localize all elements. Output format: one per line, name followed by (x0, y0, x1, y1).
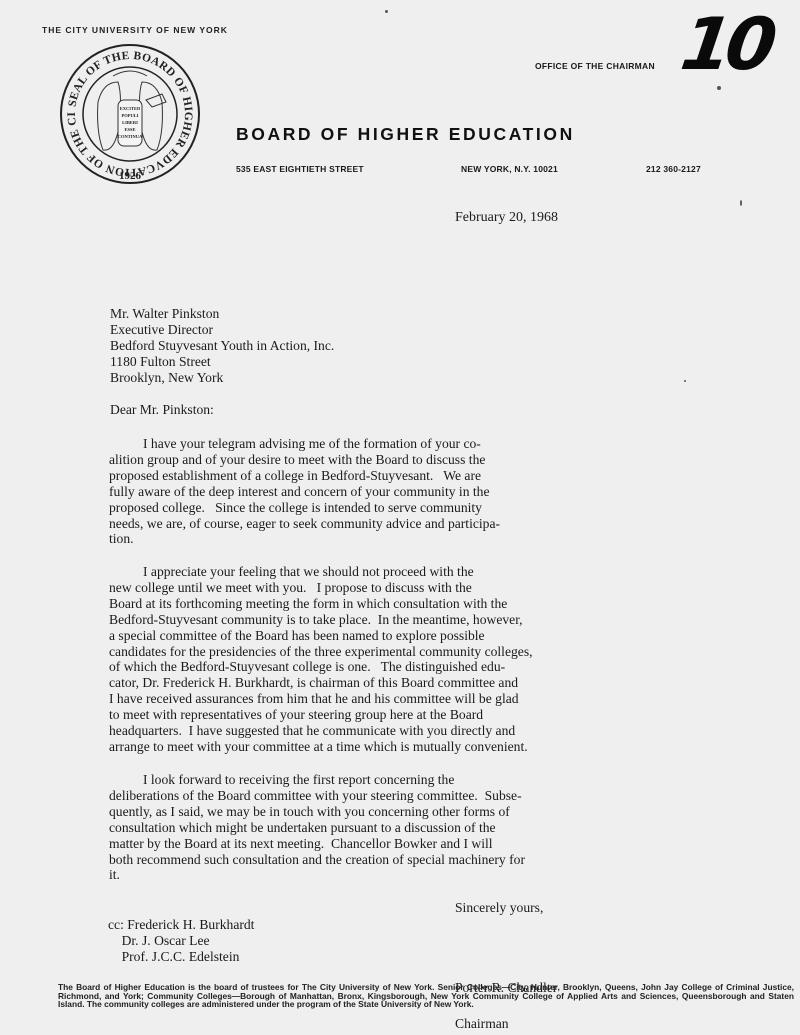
recipient-line: Bedford Stuyvesant Youth in Action, Inc. (110, 338, 334, 354)
seal-year: 1926 (119, 170, 142, 182)
svg-text:EXCITED: EXCITED (120, 106, 141, 111)
organization-name: BOARD OF HIGHER EDUCATION (236, 124, 575, 145)
office-label: OFFICE OF THE CHAIRMAN (535, 61, 655, 71)
street-address: 535 EAST EIGHTIETH STREET (236, 164, 364, 174)
svg-text:CONTINUA: CONTINUA (118, 134, 143, 139)
footer-note: The Board of Higher Education is the boa… (58, 983, 794, 1009)
paragraph-2: I appreciate your feeling that we should… (109, 564, 533, 755)
university-name: THE CITY UNIVERSITY OF NEW YORK (42, 25, 228, 35)
closing: Sincerely yours, (455, 900, 543, 916)
city-address: NEW YORK, N.Y. 10021 (461, 164, 558, 174)
recipient-line: Executive Director (110, 322, 334, 338)
svg-text:ESSE: ESSE (124, 127, 135, 132)
salutation: Dear Mr. Pinkston: (110, 402, 214, 418)
scan-speck (740, 200, 742, 206)
paragraph-3: I look forward to receiving the first re… (109, 772, 525, 883)
recipient-line: Mr. Walter Pinkston (110, 306, 334, 322)
recipient-line: Brooklyn, New York (110, 370, 334, 386)
board-seal-icon: SEAL OF THE BOARD OF HIGHER EDVCATION OF… (58, 42, 202, 186)
cc-list: cc: Frederick H. Burkhardt Dr. J. Oscar … (108, 917, 254, 965)
letter-date: February 20, 1968 (455, 210, 558, 226)
svg-text:POPULI: POPULI (121, 113, 138, 118)
paragraph-1: I have your telegram advising me of the … (109, 436, 500, 547)
handwritten-page-number: 10 (676, 2, 776, 86)
recipient-address: Mr. Walter PinkstonExecutive DirectorBed… (110, 306, 334, 386)
phone-number: 212 360-2127 (646, 164, 701, 174)
scan-speck (385, 10, 388, 13)
recipient-line: 1180 Fulton Street (110, 354, 334, 370)
scan-speck (684, 380, 686, 382)
svg-text:LIBERI: LIBERI (122, 120, 138, 125)
scan-speck (717, 86, 721, 90)
signature-title: Chairman (455, 1018, 557, 1030)
